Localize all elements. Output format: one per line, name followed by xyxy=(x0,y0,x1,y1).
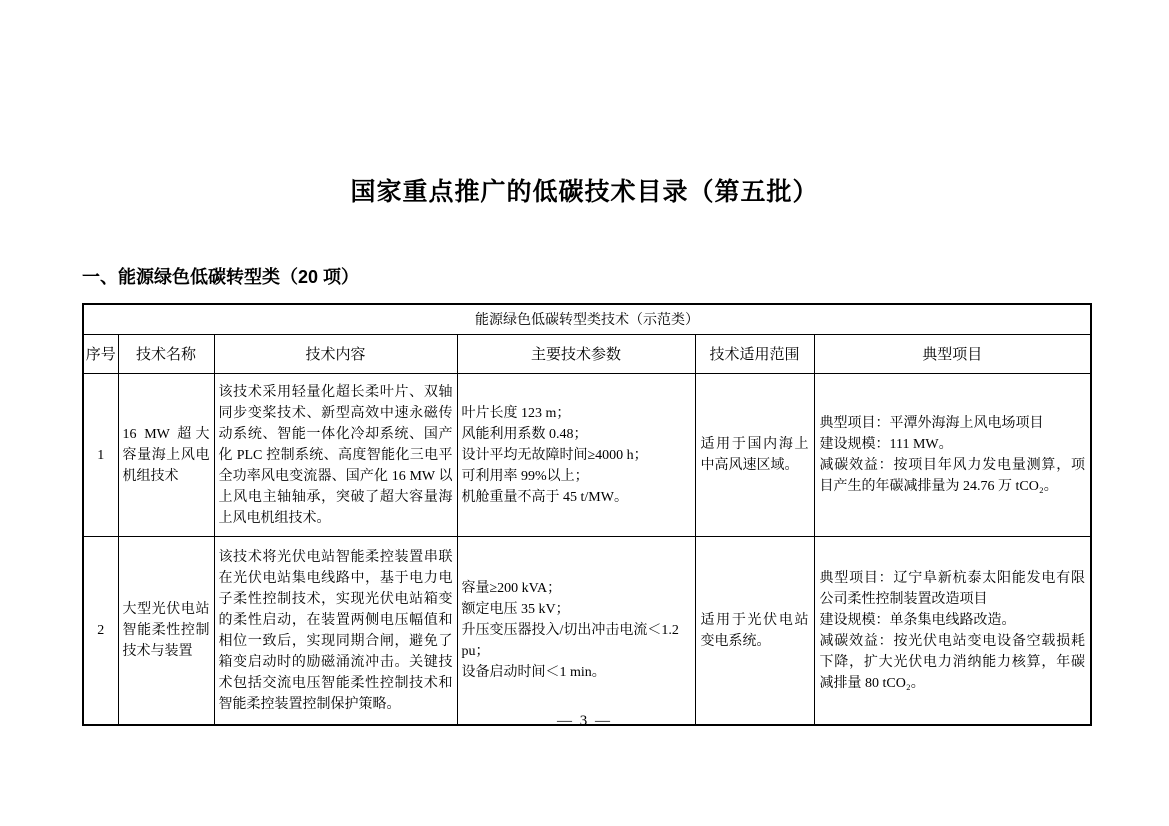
tech-content-cell: 该技术将光伏电站智能柔控装置串联在光伏电站集电线路中，基于电力电子柔性控制技术，… xyxy=(214,537,457,726)
tech-content-cell: 该技术采用轻量化超长柔叶片、双轴同步变桨技术、新型高效中速永磁传动系统、智能一体… xyxy=(214,374,457,537)
typical-project-cell: 典型项目：平潭外海海上风电场项目 建设规模：111 MW。 减碳效益：按项目年风… xyxy=(814,374,1091,537)
tech-name-cell: 16 MW 超大容量海上风电机组技术 xyxy=(118,374,214,537)
tech-name-cell: 大型光伏电站智能柔性控制技术与装置 xyxy=(118,537,214,726)
parameters-cell: 容量≥200 kVA； 额定电压 35 kV； 升压变压器投入/切出冲击电流＜1… xyxy=(457,537,695,726)
parameters-cell: 叶片长度 123 m； 风能利用系数 0.48； 设计平均无故障时间≥4000 … xyxy=(457,374,695,537)
column-header-tech-name: 技术名称 xyxy=(118,335,214,374)
table-row: 2 大型光伏电站智能柔性控制技术与装置 该技术将光伏电站智能柔控装置串联在光伏电… xyxy=(83,537,1091,726)
column-header-tech-content: 技术内容 xyxy=(214,335,457,374)
section-heading: 一、能源绿色低碳转型类（20 项） xyxy=(82,263,359,289)
column-header-index: 序号 xyxy=(83,335,118,374)
row-index: 1 xyxy=(83,374,118,537)
column-header-parameters: 主要技术参数 xyxy=(457,335,695,374)
column-header-typical-project: 典型项目 xyxy=(814,335,1091,374)
table-row: 1 16 MW 超大容量海上风电机组技术 该技术采用轻量化超长柔叶片、双轴同步变… xyxy=(83,374,1091,537)
document-page: 国家重点推广的低碳技术目录（第五批） 一、能源绿色低碳转型类（20 项） 能源绿… xyxy=(0,0,1169,826)
table-caption-row: 能源绿色低碳转型类技术（示范类） xyxy=(83,304,1091,335)
row-index: 2 xyxy=(83,537,118,726)
table-header-row: 序号 技术名称 技术内容 主要技术参数 技术适用范围 典型项目 xyxy=(83,335,1091,374)
scope-cell: 适用于国内海上中高风速区域。 xyxy=(695,374,814,537)
scope-cell: 适用于光伏电站变电系统。 xyxy=(695,537,814,726)
typical-project-cell: 典型项目：辽宁阜新杭泰太阳能发电有限公司柔性控制装置改造项目 建设规模：单条集电… xyxy=(814,537,1091,726)
document-title: 国家重点推广的低碳技术目录（第五批） xyxy=(0,172,1169,208)
column-header-scope: 技术适用范围 xyxy=(695,335,814,374)
page-number: — 3 — xyxy=(0,713,1169,730)
technology-table: 能源绿色低碳转型类技术（示范类） 序号 技术名称 技术内容 主要技术参数 技术适… xyxy=(82,303,1092,726)
table-caption: 能源绿色低碳转型类技术（示范类） xyxy=(83,304,1091,335)
